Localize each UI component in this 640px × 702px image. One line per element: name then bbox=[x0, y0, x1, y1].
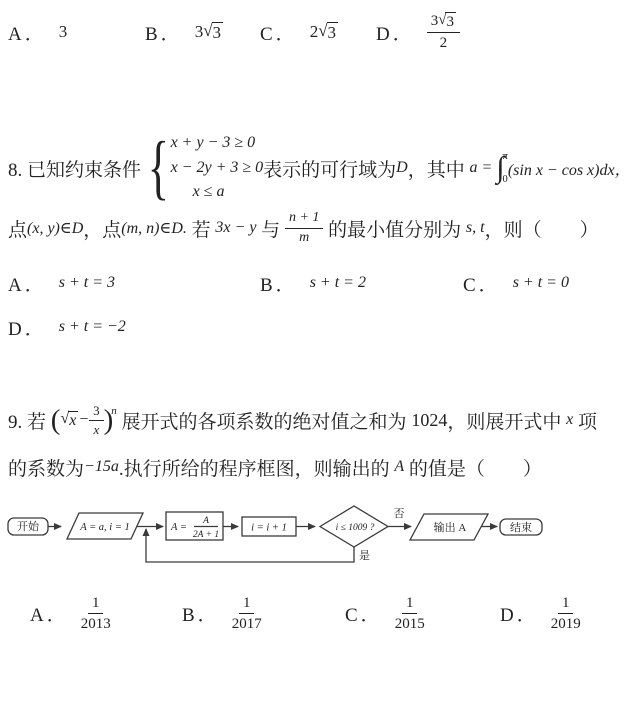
flowchart-condition-label: i ≤ 1009 ? bbox=[336, 523, 375, 533]
q8-option-d-value: s + t = −2 bbox=[59, 318, 126, 336]
fraction-denominator: 2013 bbox=[81, 614, 111, 633]
flowchart-init-label: A = a, i = 1 bbox=[79, 522, 130, 533]
q9-l2-text: .执行所给的程序框图，则输出的 bbox=[119, 454, 395, 481]
numerator-coefficient: 3 bbox=[431, 13, 439, 29]
radicand: 3 bbox=[212, 22, 224, 43]
q8-l2-text: 点 bbox=[8, 215, 27, 242]
radical-sign: √ bbox=[203, 21, 212, 41]
q9-l2-text: 的系数为 bbox=[8, 454, 84, 481]
q8-integral-lhs: a = bbox=[470, 159, 497, 177]
q9-option-a-label: A． bbox=[30, 600, 69, 627]
top-option-d-fraction: 3√3 2 bbox=[427, 12, 460, 52]
q8-option-a-value: s + t = 3 bbox=[59, 274, 115, 292]
system-row-2: x − 2y + 3 ≥ 0 bbox=[171, 158, 264, 179]
q8-option-b-value: s + t = 2 bbox=[310, 274, 366, 292]
top-option-b-radical: √3 bbox=[203, 22, 223, 43]
q8-l2-text: ，则（ ） bbox=[485, 215, 599, 242]
q8-l2-point-2: (m, n)∈D. bbox=[121, 218, 187, 238]
radicand: x bbox=[68, 411, 78, 430]
radical-sign: √ bbox=[438, 11, 446, 29]
q8-option-c: C．s + t = 0 bbox=[463, 270, 569, 296]
q8-l2-text: 的最小值分别为 bbox=[323, 215, 466, 242]
question-8-line-1: 8. 已知约束条件 { x + y − 3 ≥ 0 x − 2y + 3 ≥ 0… bbox=[8, 128, 631, 208]
fraction-denominator: m bbox=[299, 229, 309, 247]
minus-sign: − bbox=[78, 411, 89, 429]
q9-option-b-fraction: 12017 bbox=[232, 594, 262, 633]
q9-radical: √x bbox=[60, 411, 78, 430]
radical-sign: √ bbox=[60, 410, 69, 428]
system-brace: { bbox=[148, 137, 169, 198]
q9-sum-value: 1024 bbox=[411, 410, 447, 431]
top-option-c: C．2√3 bbox=[260, 8, 338, 56]
question-9-line-1: 9. 若 ( √x − 3 x ) n 展开式的各项系数的绝对值之和为 1024… bbox=[8, 396, 597, 444]
q8-l2-text: ，点 bbox=[83, 215, 121, 242]
system-rows: x + y − 3 ≥ 0 x − 2y + 3 ≥ 0 x ≤ a bbox=[171, 133, 264, 203]
q9-l2-text: 的值是（ ） bbox=[404, 454, 542, 481]
top-option-a-value: 3 bbox=[59, 22, 68, 42]
fraction-numerator: 3√3 bbox=[427, 12, 460, 33]
fraction-numerator: 3 bbox=[89, 403, 104, 421]
flowchart-end-label: 结束 bbox=[510, 520, 532, 534]
q8-l2-expression: 3x − y bbox=[215, 219, 256, 237]
top-option-b: B．3√3 bbox=[145, 8, 223, 56]
top-option-c-radical: √3 bbox=[318, 22, 338, 43]
q9-option-d-fraction: 12019 bbox=[551, 594, 581, 633]
q9-coefficient-value: −15a bbox=[84, 458, 119, 476]
fraction-denominator: 2015 bbox=[395, 614, 425, 633]
q8-inequality-system: { x + y − 3 ≥ 0 x − 2y + 3 ≥ 0 x ≤ a bbox=[141, 133, 263, 203]
q9-l1-variable: x bbox=[566, 411, 573, 429]
q9-fraction: 3 x bbox=[89, 403, 104, 437]
flowchart-start-label: 开始 bbox=[17, 519, 40, 533]
fraction-numerator: n + 1 bbox=[285, 210, 323, 229]
q8-integral: ∫ π 0 bbox=[496, 151, 508, 185]
q9-option-b: B． 12017 bbox=[182, 588, 262, 638]
top-option-b-coefficient: 3 bbox=[195, 22, 204, 42]
q9-option-d-label: D． bbox=[500, 600, 539, 627]
open-paren: ( bbox=[51, 406, 61, 435]
q9-option-b-label: B． bbox=[182, 600, 220, 627]
top-option-a-label: A． bbox=[8, 19, 47, 46]
system-row-3: x ≤ a bbox=[171, 182, 264, 203]
q9-lead-text: 9. 若 bbox=[8, 407, 51, 434]
q8-option-b: B．s + t = 2 bbox=[260, 270, 366, 296]
numerator-radical: √3 bbox=[438, 12, 456, 31]
q8-lead-text: 8. 已知约束条件 bbox=[8, 155, 141, 182]
q8-l2-point-1: (x, y)∈D bbox=[27, 218, 83, 238]
q8-option-c-value: s + t = 0 bbox=[513, 274, 569, 292]
q9-option-c: C． 12015 bbox=[345, 588, 425, 638]
flowchart-yes-label: 是 bbox=[359, 549, 370, 562]
fraction-numerator: 1 bbox=[239, 594, 255, 614]
q8-l2-text: 与 bbox=[256, 215, 285, 242]
q8-l2-text: 若 bbox=[187, 215, 216, 242]
fraction-numerator: 1 bbox=[88, 594, 104, 614]
flowchart-output-label: 输出 A bbox=[434, 520, 467, 534]
q8-mid-text: ，其中 bbox=[408, 155, 470, 182]
q9-option-c-label: C． bbox=[345, 600, 383, 627]
flowchart-assign-numerator: A bbox=[202, 516, 209, 526]
fraction-denominator: x bbox=[93, 421, 99, 438]
exam-paper-page: A．3 B．3√3 C．2√3 D． 3√3 2 8. 已知约束条件 { x +… bbox=[0, 0, 640, 702]
q8-l2-fraction: n + 1 m bbox=[285, 210, 323, 247]
q8-region-variable: D bbox=[396, 159, 408, 177]
q8-l2-variables: s, t bbox=[466, 219, 485, 237]
top-option-b-label: B． bbox=[145, 19, 183, 46]
q8-option-a: A．s + t = 3 bbox=[8, 270, 115, 296]
q8-option-a-label: A． bbox=[8, 270, 47, 297]
fraction-denominator: 2 bbox=[440, 33, 448, 52]
flowchart-no-label: 否 bbox=[394, 507, 405, 520]
q9-option-d: D． 12019 bbox=[500, 588, 581, 638]
fraction-numerator: 1 bbox=[402, 594, 418, 614]
q9-option-a: A． 12013 bbox=[30, 588, 111, 638]
fraction-denominator: 2017 bbox=[232, 614, 262, 633]
q8-option-c-label: C． bbox=[463, 270, 501, 297]
q9-exponent: n bbox=[111, 405, 117, 417]
top-option-d: D． 3√3 2 bbox=[376, 8, 460, 56]
question-9-line-2: 的系数为 −15a .执行所给的程序框图，则输出的 A 的值是（ ） bbox=[8, 452, 542, 482]
radicand: 3 bbox=[327, 22, 339, 43]
radical-sign: √ bbox=[318, 21, 327, 41]
flowchart-assign-lhs: A = bbox=[170, 522, 187, 533]
q8-option-d-label: D． bbox=[8, 314, 47, 341]
flowchart-program-diagram: 开始 A = a, i = 1 A = A 2A + 1 i = i + 1 i… bbox=[0, 498, 640, 582]
q9-l1-text: 项 bbox=[573, 407, 597, 434]
system-row-1: x + y − 3 ≥ 0 bbox=[171, 133, 264, 154]
radicand: 3 bbox=[445, 12, 456, 31]
fraction-numerator: 1 bbox=[558, 594, 574, 614]
q8-option-b-label: B． bbox=[260, 270, 298, 297]
flowchart-assign-denominator: 2A + 1 bbox=[193, 530, 219, 540]
top-option-d-label: D． bbox=[376, 19, 415, 46]
q8-integral-body: (sin x − cos x)dx， bbox=[508, 157, 631, 180]
q9-option-a-fraction: 12013 bbox=[81, 594, 111, 633]
top-option-c-coefficient: 2 bbox=[310, 22, 319, 42]
q9-l1-text: ，则展开式中 bbox=[447, 407, 566, 434]
q8-option-d: D．s + t = −2 bbox=[8, 314, 126, 340]
q9-l1-text: 展开式的各项系数的绝对值之和为 bbox=[117, 407, 412, 434]
q9-option-c-fraction: 12015 bbox=[395, 594, 425, 633]
q9-output-variable: A bbox=[394, 458, 404, 476]
q8-after-system-text: 表示的可行域为 bbox=[263, 155, 396, 182]
top-option-a: A．3 bbox=[8, 8, 67, 56]
top-option-c-label: C． bbox=[260, 19, 298, 46]
fraction-denominator: 2019 bbox=[551, 614, 581, 633]
flowchart-increment-label: i = i + 1 bbox=[251, 523, 287, 534]
question-8-line-2: 点 (x, y)∈D ，点 (m, n)∈D. 若 3x − y 与 n + 1… bbox=[8, 206, 599, 250]
